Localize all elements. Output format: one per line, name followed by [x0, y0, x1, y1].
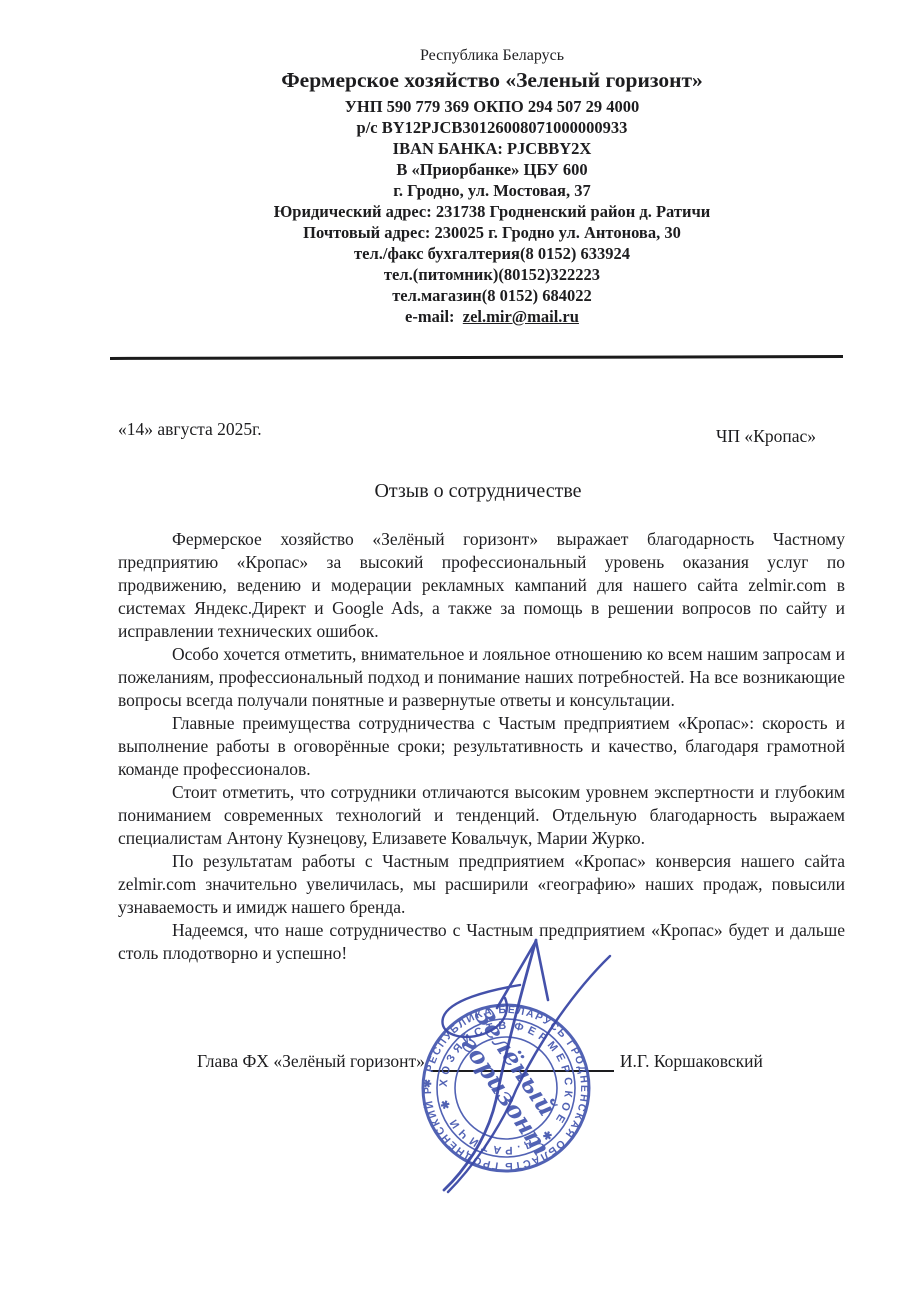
- paragraph-5: По результатам работы с Частным предприя…: [118, 850, 845, 919]
- handwritten-signature: [408, 918, 648, 1208]
- letterhead-bank: В «Приорбанке» ЦБУ 600: [64, 159, 920, 180]
- letterhead-iban: IBAN БАНКА: PJCBBY2X: [64, 138, 920, 159]
- letterhead-email-line: e-mail: zel.mir@mail.ru: [64, 306, 920, 327]
- letter-recipient: ЧП «Кропас»: [716, 426, 816, 447]
- letterhead-country: Республика Беларусь: [64, 45, 920, 66]
- scanned-letter-page: Республика Беларусь Фермерское хозяйство…: [0, 0, 920, 1300]
- letterhead-legal-address: Юридический адрес: 231738 Гродненский ра…: [64, 201, 920, 222]
- letter-body: Фермерское хозяйство «Зелёный горизонт» …: [118, 528, 845, 965]
- date-row: «14» августа 2025г. ЧП «Кропас»: [118, 419, 816, 440]
- signature-stroke-main: [444, 940, 536, 1190]
- email-address: zel.mir@mail.ru: [463, 307, 579, 326]
- letter-title: Отзыв о сотрудничестве: [118, 480, 838, 503]
- letterhead-phone-nursery: тел.(питомник)(80152)322223: [64, 264, 920, 285]
- letterhead-divider: [110, 355, 843, 360]
- letterhead-phone-shop: тел.магазин(8 0152) 684022: [64, 285, 920, 306]
- letterhead-postal-address: Почтовый адрес: 230025 г. Гродно ул. Ант…: [64, 222, 920, 243]
- letter-date: «14» августа 2025г.: [118, 419, 262, 440]
- email-label: e-mail:: [405, 307, 454, 326]
- paragraph-3: Главные преимущества сотрудничества с Ча…: [118, 712, 845, 781]
- paragraph-4: Стоит отметить, что сотрудники отличаютс…: [118, 781, 845, 850]
- paragraph-1: Фермерское хозяйство «Зелёный горизонт» …: [118, 528, 845, 643]
- letterhead: Республика Беларусь Фермерское хозяйство…: [0, 0, 920, 327]
- letterhead-phone-fax: тел./факс бухгалтерия(8 0152) 633924: [64, 243, 920, 264]
- paragraph-2: Особо хочется отметить, внимательное и л…: [118, 643, 845, 712]
- letterhead-account: р/с BY12PJCB30126008071000000933: [64, 117, 920, 138]
- letterhead-street-address: г. Гродно, ул. Мостовая, 37: [64, 180, 920, 201]
- letterhead-reg-numbers: УНП 590 779 369 ОКПО 294 507 29 4000: [64, 96, 920, 117]
- signature-stroke-loop: [442, 985, 520, 1037]
- letterhead-org-name: Фермерское хозяйство «Зеленый горизонт»: [64, 67, 920, 94]
- signatory-role: Глава ФХ «Зелёный горизонт»: [197, 1051, 425, 1072]
